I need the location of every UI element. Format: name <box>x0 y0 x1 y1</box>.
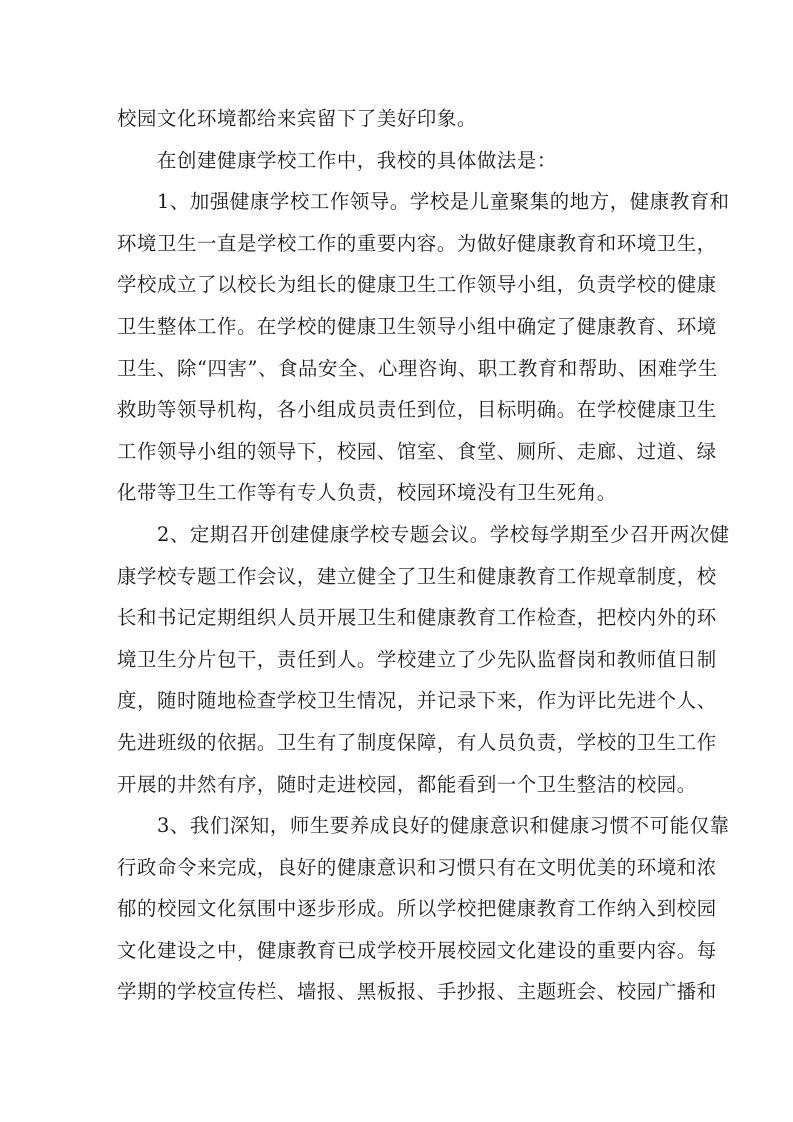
text-line: 开展的井然有序，随时走进校园，都能看到一个卫生整洁的校园。 <box>117 764 677 806</box>
text-line: 行政命令来完成，良好的健康意识和习惯只有在文明优美的环境和浓 <box>117 847 677 889</box>
text-line: 境卫生分片包干，责任到人。学校建立了少先队监督岗和教师值日制 <box>117 639 677 681</box>
text-line: 救助等领导机构，各小组成员责任到位，目标明确。在学校健康卫生 <box>117 389 677 431</box>
text-line: 先进班级的依据。卫生有了制度保障，有人员负责，学校的卫生工作 <box>117 722 677 764</box>
text-line: 在创建健康学校工作中，我校的具体做法是： <box>117 140 677 182</box>
document-page: 校园文化环境都给来宾留下了美好印象。 在创建健康学校工作中，我校的具体做法是： … <box>117 98 677 1013</box>
text-line: 化带等卫生工作等有专人负责，校园环境没有卫生死角。 <box>117 472 677 514</box>
text-line: 1、加强健康学校工作领导。学校是儿童聚集的地方，健康教育和 <box>117 181 677 223</box>
text-line: 学期的学校宣传栏、墙报、黑板报、手抄报、主题班会、校园广播和 <box>117 971 677 1013</box>
text-line: 长和书记定期组织人员开展卫生和健康教育工作检查，把校内外的环 <box>117 597 677 639</box>
text-line: 3、我们深知，师生要养成良好的健康意识和健康习惯不可能仅靠 <box>117 805 677 847</box>
text-line: 康学校专题工作会议，建立健全了卫生和健康教育工作规章制度，校 <box>117 556 677 598</box>
text-line: 郁的校园文化氛围中逐步形成。所以学校把健康教育工作纳入到校园 <box>117 888 677 930</box>
text-line: 工作领导小组的领导下，校园、馆室、食堂、厕所、走廊、过道、绿 <box>117 431 677 473</box>
text-line: 校园文化环境都给来宾留下了美好印象。 <box>117 98 677 140</box>
text-line: 2、定期召开创建健康学校专题会议。学校每学期至少召开两次健 <box>117 514 677 556</box>
text-line: 卫生、除“四害”、食品安全、心理咨询、职工教育和帮助、困难学生 <box>117 348 677 390</box>
text-line: 环境卫生一直是学校工作的重要内容。为做好健康教育和环境卫生， <box>117 223 677 265</box>
text-line: 卫生整体工作。在学校的健康卫生领导小组中确定了健康教育、环境 <box>117 306 677 348</box>
text-line: 文化建设之中，健康教育已成学校开展校园文化建设的重要内容。每 <box>117 930 677 972</box>
text-line: 学校成立了以校长为组长的健康卫生工作领导小组，负责学校的健康 <box>117 264 677 306</box>
text-line: 度，随时随地检查学校卫生情况，并记录下来，作为评比先进个人、 <box>117 680 677 722</box>
